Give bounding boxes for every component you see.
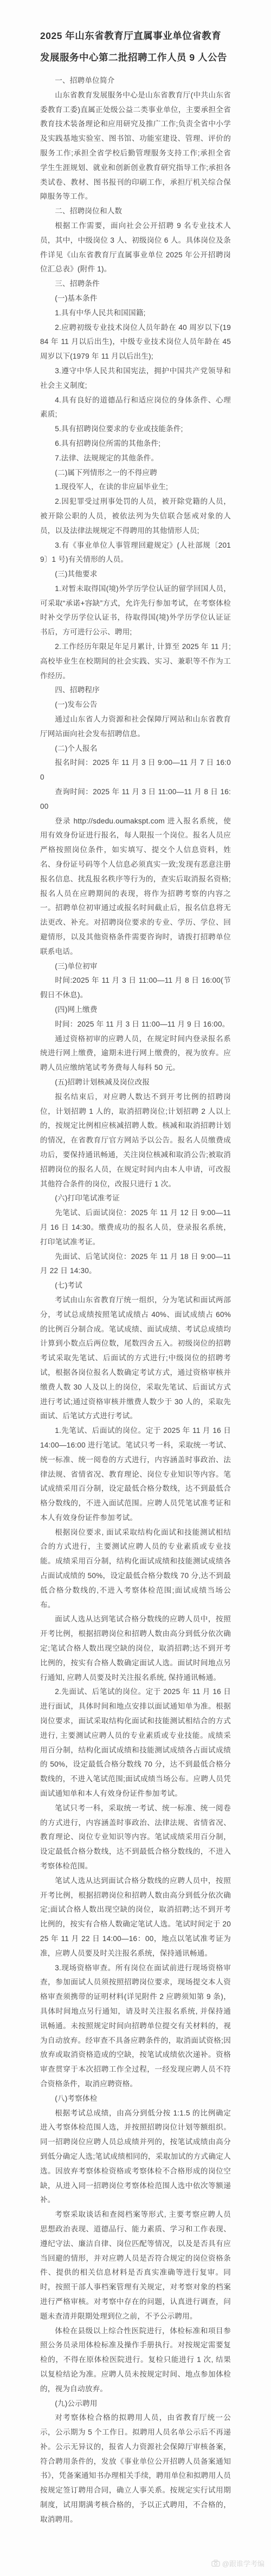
paragraph: (二)属下列情形之一的不得应聘: [40, 466, 231, 481]
paragraph: 时间:2025 年 11 月 3 日 11:00—11 月 8 日 16:00(…: [40, 974, 231, 1003]
paragraph: 考察采取谈话和查阅档案等形式, 主要考察应聘人员思想政治表现、道德品行、能力素质…: [40, 2208, 231, 2324]
paragraph: 考试由山东省教育厅统一组织，分为笔试和面试两部分，考试总成绩按照笔试成绩占 40…: [40, 1293, 231, 1424]
paragraph: 1.具有中华人民共和国国籍;: [40, 306, 231, 321]
paragraph: 山东省教育发展服务中心是山东省教育厅(中共山东省委教育工委)直属正处级公益二类事…: [40, 88, 231, 204]
paragraph: 对考察体检合格的拟聘用人员，由省教育厅统一公示，公示期为 5 个工作日。拟聘用人…: [40, 2411, 231, 2527]
paragraph: (二)个人报名: [40, 742, 231, 756]
document-body: 一、招聘单位简介山东省教育发展服务中心是山东省教育厅(中共山东省委教育工委)直属…: [40, 74, 231, 2527]
paragraph: 登录 http://sdedu.oumakspt.com 进入报名系统，使用有效…: [40, 814, 231, 959]
watermark: @跟谁学考编: [211, 2558, 264, 2568]
paragraph: 1.现役军人，在读的非应届毕业生;: [40, 480, 231, 495]
paragraph: 通过山东省人力资源和社会保障厅网站和山东省教育厅网站面向社会发布招聘信息。: [40, 712, 231, 742]
paragraph: (六)打印笔试准考证: [40, 1191, 231, 1206]
paragraph: 6.具有招聘岗位所需的其他条件;: [40, 437, 231, 451]
paragraph: 1.先笔试、后面试的岗位。定于 2025 年 11 月 16 日 14:00—1…: [40, 1424, 231, 1526]
paragraph: 查询时间：2025 年 11 月 3 日 11:00—11 月 8 日 16:0…: [40, 785, 231, 814]
paragraph: 4.具有良好的道德品行和适应岗位的身体条件、心理素质;: [40, 393, 231, 423]
paragraph: 面试人选从达到笔试合格分数线的应聘人员中，按照开考比例，根据招聘岗位和招聘人数由…: [40, 1612, 231, 1685]
paragraph: 时间：2025 年 11 月 3 日 11:00—11 月 9 日 16:00。: [40, 1017, 231, 1032]
weibo-camera-icon: [211, 2560, 220, 2567]
paragraph: 先面试、后笔试岗位：2025 年 11 月 18 日 9:00—11 月 22 …: [40, 1250, 231, 1279]
paragraph: 报名时间：2025 年 11 月 3 日 9:00—11 月 7 日 16:00: [40, 756, 231, 785]
paragraph: 二、招聘岗位和人数: [40, 204, 231, 219]
paragraph: 根据岗位要求, 面试采取结构化面试和技能测试相结合的方式进行，主要测试应聘人员的…: [40, 1526, 231, 1613]
watermark-text: @跟谁学考编: [222, 2558, 264, 2568]
paragraph: (五)招聘计划核减及岗位改报: [40, 1075, 231, 1090]
paragraph: 报名结束后，对应聘人数达不到开考比例的招聘岗位，计划招聘 1 人的，取消招聘岗位…: [40, 1090, 231, 1192]
paragraph: 3.现场资格审查。所有岗位在面试前进行现场资格审查，参加面试人员须按照招聘岗位要…: [40, 1961, 231, 2092]
announcement-page: 2025 年山东省教育厅直属事业单位省教育发展服务中心第二批招聘工作人员 9 人…: [0, 0, 271, 2576]
page-title: 2025 年山东省教育厅直属事业单位省教育发展服务中心第二批招聘工作人员 9 人…: [40, 25, 231, 68]
paragraph: (八)考察体检: [40, 2092, 231, 2106]
paragraph: 先笔试、后面试岗位：2025 年 11 月 12 日 9:00—11 月 16 …: [40, 1206, 231, 1249]
paragraph: 3.有《事业单位人事管理回避规定》(人社部规〔2019〕1 号)有关情形的人员。: [40, 538, 231, 568]
paragraph: 5.具有招聘岗位要求的专业或技能条件;: [40, 422, 231, 437]
paragraph: 根据考试总成绩，由高分到低分按 1:1.5 的比例确定进入考察体检范围人选，并按…: [40, 2106, 231, 2208]
paragraph: (一)基本条件: [40, 291, 231, 306]
paragraph: 笔试人选从达到面试合格分数线的应聘人员中，按照开考比例，根据招聘岗位和招聘人数由…: [40, 1874, 231, 1961]
paragraph: 2.工作经历年限足年足月累计, 计算至 2025 年 11 月;高校毕业生在校期…: [40, 640, 231, 683]
paragraph: (七)考试: [40, 1279, 231, 1293]
paragraph: (九)公示聘用: [40, 2397, 231, 2411]
paragraph: 2.因犯罪受过刑事处罚的人员，被开除党籍的人员，被开除公职的人员，被依法列为失信…: [40, 495, 231, 538]
paragraph: 三、招聘条件: [40, 277, 231, 291]
paragraph: 四、招聘程序: [40, 683, 231, 698]
paragraph: 通过资格初审的应聘人员，在规定时间内登录报名系统进行网上缴费，逾期未进行网上缴费…: [40, 1032, 231, 1075]
paragraph: 1.对暂未取得国(境)外学历学位认证的留学回国人员，可采取“承诺+容缺”方式，允…: [40, 582, 231, 640]
paragraph: (四)网上缴费: [40, 1003, 231, 1017]
paragraph: 体检在县级以上综合性医院进行，体检标准和项目参照公务员录用体检标准及操作手册执行…: [40, 2324, 231, 2397]
paragraph: (三)单位初审: [40, 959, 231, 974]
paragraph: 根据工作需要，面向社会公开招聘 9 名专业技术人员，其中，中级岗位 3 人、初级…: [40, 219, 231, 277]
paragraph: 2.应聘初级专业技术岗位人员年龄在 40 周岁以下(1984 年 11 月以后出…: [40, 321, 231, 364]
paragraph: (一)发布公告: [40, 698, 231, 712]
paragraph: 7.法律、法规规定的其他条件。: [40, 451, 231, 466]
paragraph: 3.遵守中华人民共和国宪法，拥护中国共产党领导和社会主义制度;: [40, 364, 231, 393]
paragraph: 一、招聘单位简介: [40, 74, 231, 88]
paragraph: 2.先面试、后笔试的岗位。定于 2025 年 11 月 16 日进行面试，具体时…: [40, 1685, 231, 1801]
paragraph: (三)其他要求: [40, 567, 231, 582]
paragraph: 笔试只考一科，采取统一考试、统一标准、统一阅卷的方式进行，内容涵盖时事政治、法律…: [40, 1801, 231, 1874]
